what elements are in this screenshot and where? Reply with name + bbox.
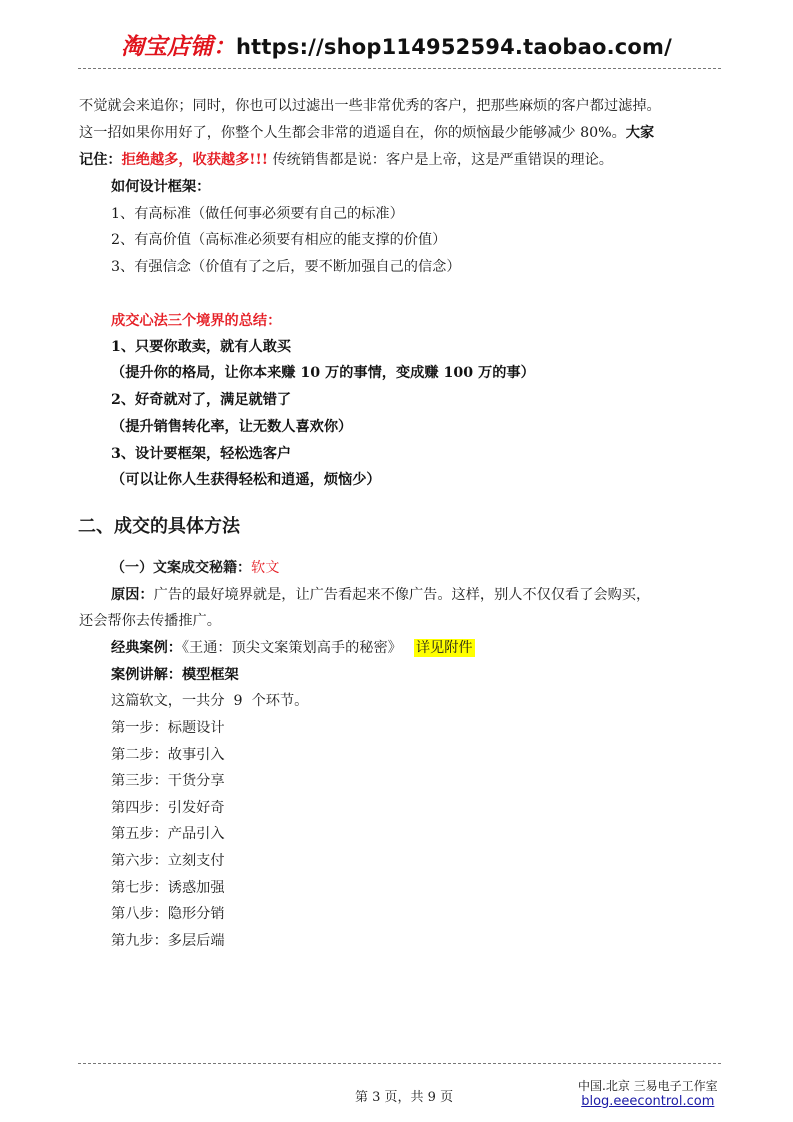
explain-line: 案例讲解：模型框架 — [111, 665, 239, 685]
footer-divider — [78, 1063, 721, 1064]
footer-branding: 中国.北京 三易电子工作室 blog.eeecontrol.com — [578, 1077, 718, 1109]
step-item: 第六步：立刻支付 — [111, 851, 225, 871]
step-item: 第三步：干货分享 — [111, 771, 225, 791]
summary-point: 3、设计要框架，轻松选客户 — [111, 444, 291, 464]
framework-item: 3、有强信念（价值有了之后，要不断加强自己的信念） — [111, 257, 461, 277]
reason-label: 原因： — [111, 587, 154, 603]
reason-line1: 原因：广告的最好境界就是，让广告看起来不像广告。这样，别人不仅仅看了会购买， — [111, 585, 650, 605]
para1-line1: 不觉就会来追你；同时，你也可以过滤出一些非常优秀的客户，把那些麻烦的客户都过滤掉… — [79, 96, 661, 116]
page-header: 淘宝店铺：https://shop114952594.taobao.com/ — [0, 28, 793, 61]
step-item: 第一步：标题设计 — [111, 718, 225, 738]
para1-line3-text: 传统销售都是说：客户是上帝，这是严重错误的理论。 — [268, 152, 613, 168]
reason-line2: 还会帮你去传播推广。 — [79, 611, 221, 631]
explain-label: 案例讲解： — [111, 667, 182, 683]
attachment-highlight: 详见附件 — [414, 639, 475, 657]
step-item: 第四步：引发好奇 — [111, 798, 225, 818]
framework-item: 2、有高价值（高标准必须要有相应的能支撑的价值） — [111, 230, 446, 250]
para1-line2: 这一招如果你用好了，你整个人生都会非常的逍遥自在，你的烦恼最少能够减少 80%。… — [79, 123, 654, 143]
sub-heading-text: （一）文案成交秘籍： — [111, 560, 251, 576]
framework-item: 1、有高标准（做任何事必须要有自己的标准） — [111, 204, 404, 224]
reason-text: 广告的最好境界就是，让广告看起来不像广告。这样，别人不仅仅看了会购买， — [154, 587, 651, 603]
sub-heading-red: 软文 — [251, 560, 279, 576]
footer-org: 中国.北京 三易电子工作室 — [578, 1077, 718, 1094]
summary-point: 2、好奇就对了，满足就错了 — [111, 390, 291, 410]
step-item: 第五步：产品引入 — [111, 824, 225, 844]
summary-note: （提升销售转化率，让无数人喜欢你） — [111, 417, 352, 437]
summary-title: 成交心法三个境界的总结： — [111, 311, 281, 331]
page-number: 第 3 页，共 9 页 — [355, 1086, 453, 1105]
sub-heading: （一）文案成交秘籍：软文 — [111, 558, 279, 578]
header-divider — [78, 68, 721, 69]
summary-note: （提升你的格局，让你本来赚 10 万的事情，变成赚 100 万的事） — [111, 363, 535, 383]
summary-point: 1、只要你敢卖，就有人敢买 — [111, 337, 291, 357]
framework-title: 如何设计框架： — [111, 177, 210, 197]
step-item: 第九步：多层后端 — [111, 931, 225, 951]
shop-url-link[interactable]: https://shop114952594.taobao.com/ — [236, 35, 672, 59]
step-item: 第二步：故事引入 — [111, 745, 225, 765]
para1-line3: 记住：拒绝越多，收获越多!!! 传统销售都是说：客户是上帝，这是严重错误的理论。 — [79, 150, 613, 170]
case-title: 《王通：顶尖文案策划高手的秘密》 — [182, 640, 402, 656]
step-item: 第七步：诱惑加强 — [111, 878, 225, 898]
case-line: 经典案例：《王通：顶尖文案策划高手的秘密》详见附件 — [111, 638, 475, 658]
step-item: 第八步：隐形分销 — [111, 904, 225, 924]
para1-line2-bold: 大家 — [626, 125, 654, 141]
steps-intro: 这篇软文，一共分 9 个环节。 — [111, 691, 308, 711]
para1-line3-red: 拒绝越多，收获越多!!! — [122, 152, 268, 168]
summary-note: （可以让你人生获得轻松和逍遥，烦恼少） — [111, 470, 381, 490]
explain-value: 模型框架 — [182, 667, 239, 683]
case-label: 经典案例： — [111, 640, 182, 656]
section-heading: 二、成交的具体方法 — [78, 515, 240, 539]
footer-blog-link[interactable]: blog.eeecontrol.com — [578, 1094, 718, 1109]
shop-label: 淘宝店铺： — [121, 33, 236, 60]
para1-line2-text: 这一招如果你用好了，你整个人生都会非常的逍遥自在，你的烦恼最少能够减少 80%。 — [79, 125, 626, 141]
para1-line3-bold: 记住： — [79, 152, 122, 168]
